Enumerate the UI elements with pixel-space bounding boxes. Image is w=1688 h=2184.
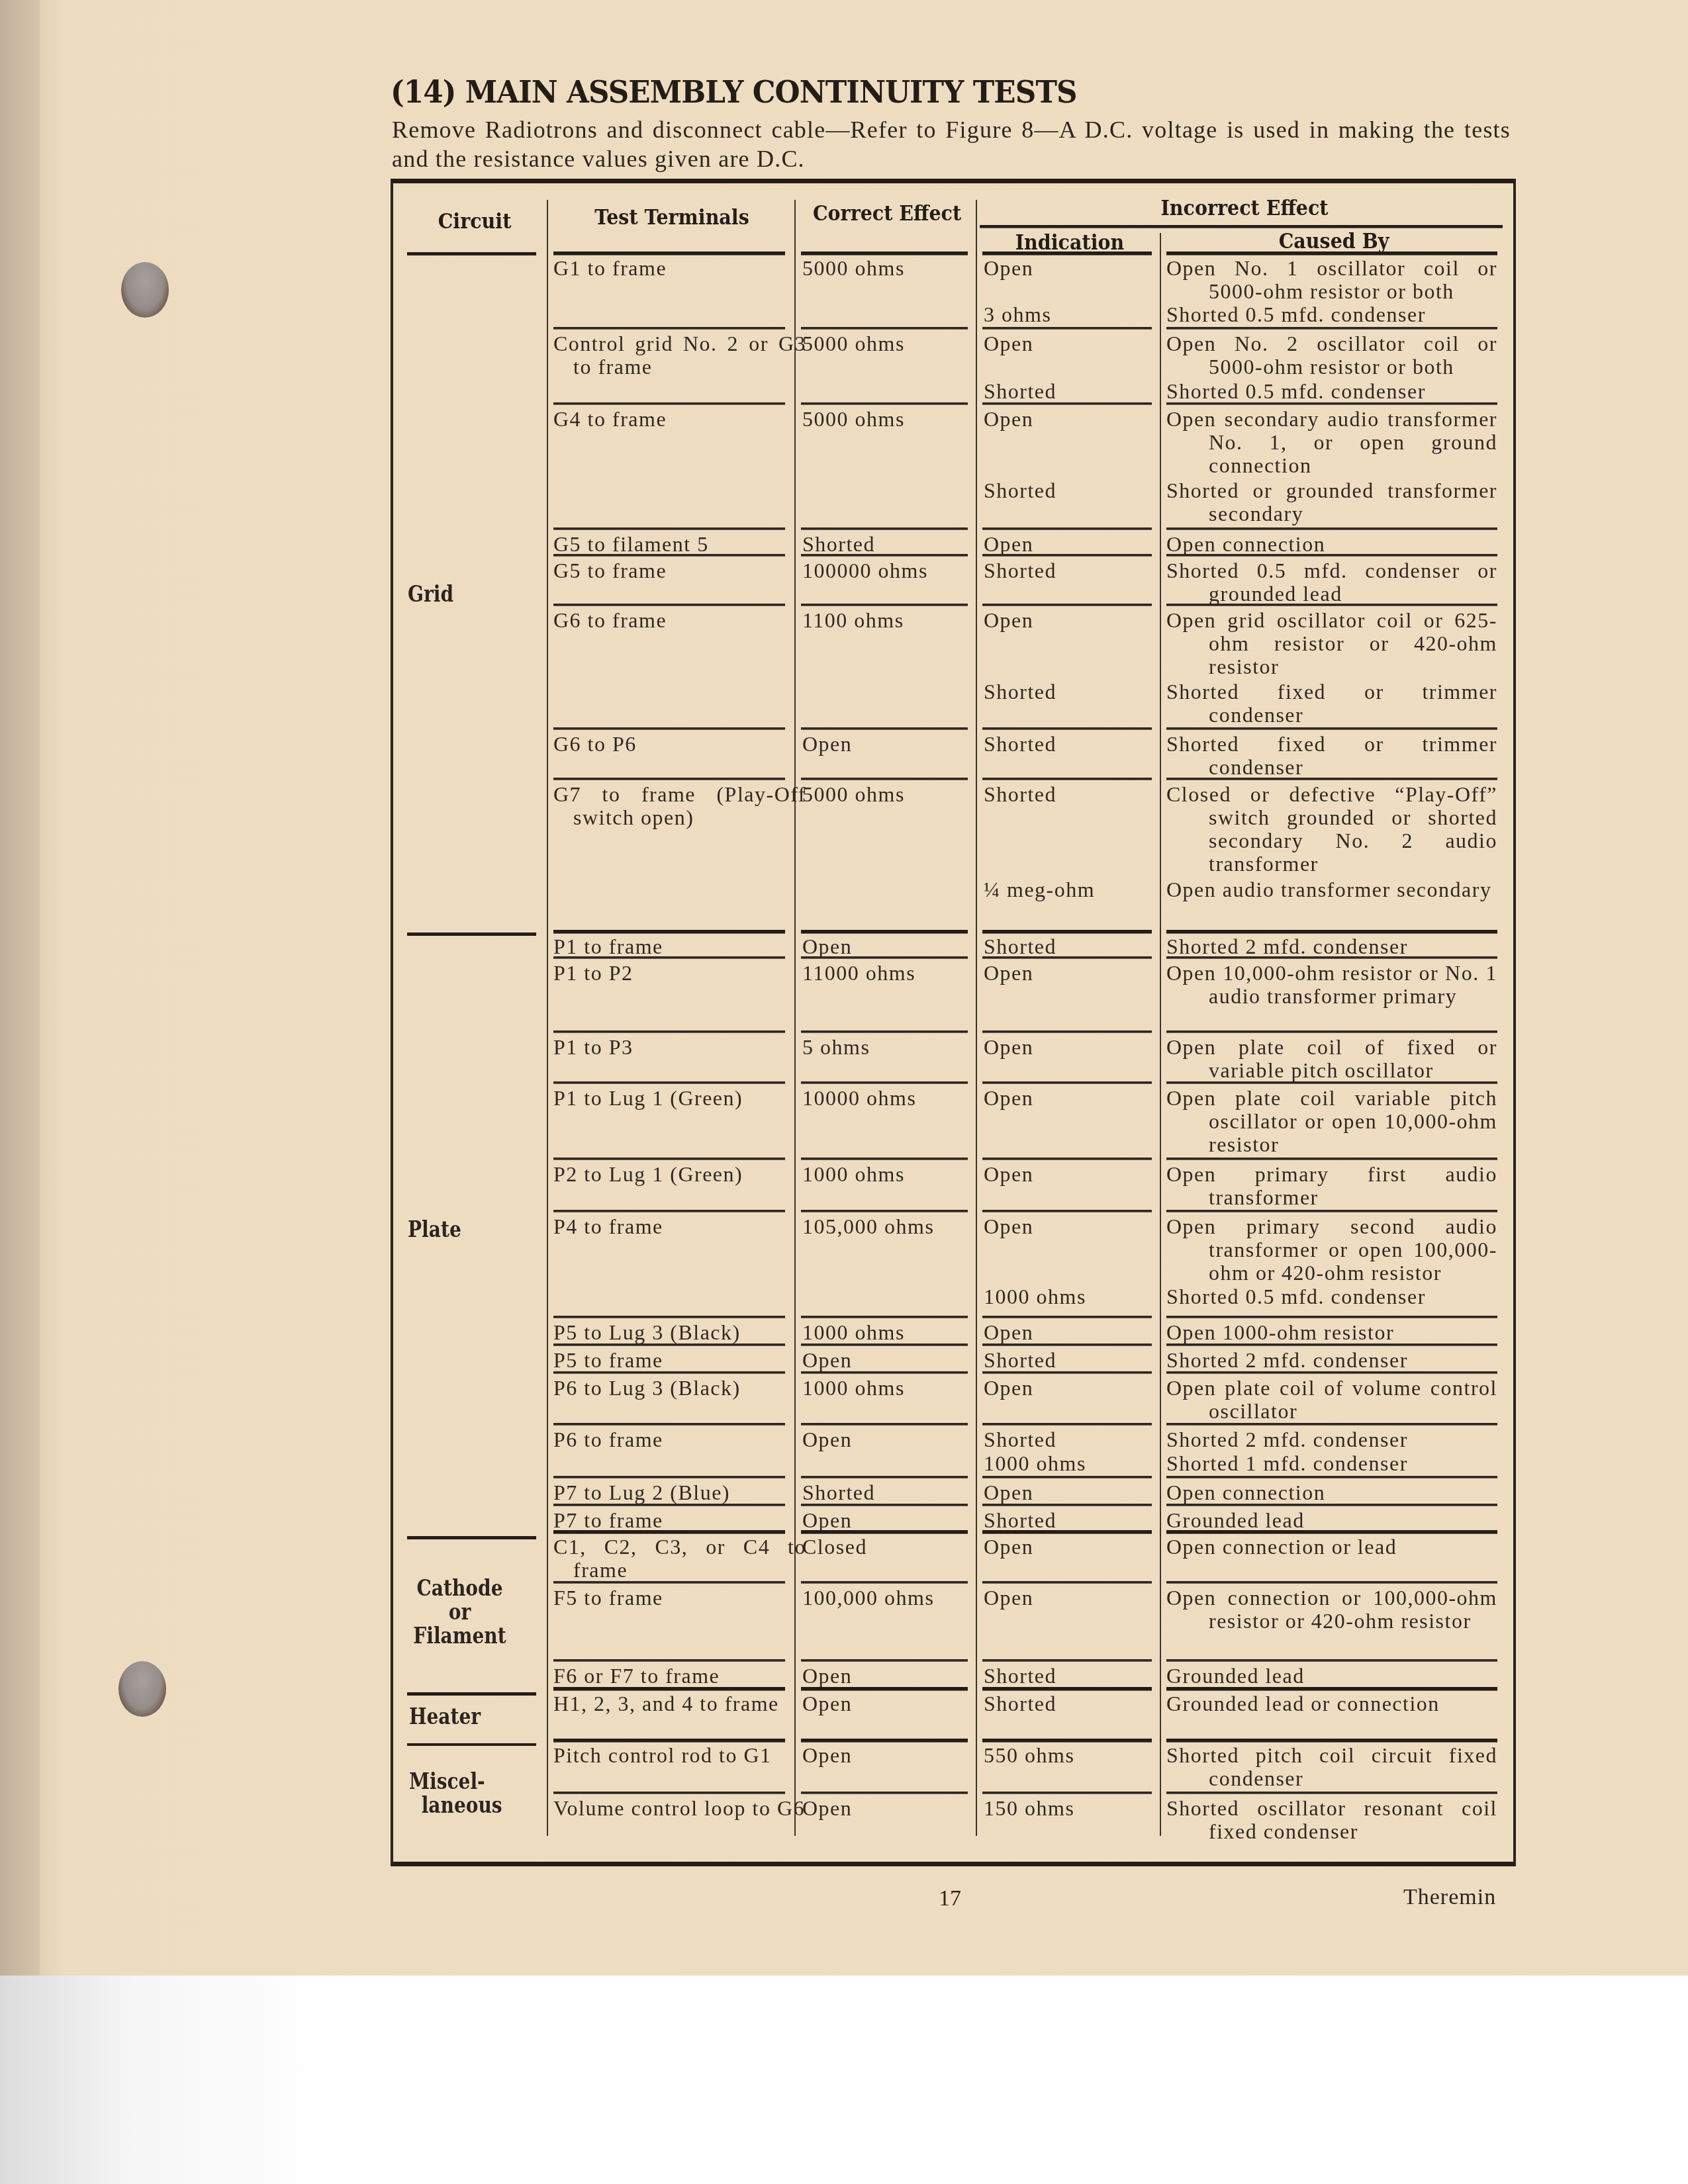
row-rule: [553, 1659, 785, 1662]
row-rule: [801, 1530, 968, 1534]
row-rule: [982, 1371, 1152, 1374]
indication: Open: [984, 1586, 1033, 1610]
test-terminals: P5 to frame: [553, 1349, 806, 1372]
header-indication: Indication: [987, 232, 1152, 254]
correct-effect: 100000 ohms: [802, 559, 928, 582]
row-rule: [1166, 1343, 1497, 1346]
test-terminals: G4 to frame: [553, 408, 806, 431]
row-rule: [553, 727, 785, 730]
header-correct-effect: Correct Effect: [808, 203, 966, 225]
row-rule: [1166, 604, 1497, 606]
indication: Shorted: [984, 733, 1056, 756]
row-rule: [1166, 554, 1497, 557]
row-rule: [1166, 1739, 1497, 1743]
row-rule: [801, 251, 968, 255]
row-rule: [982, 604, 1152, 606]
test-terminals: H1, 2, 3, and 4 to frame: [553, 1692, 806, 1715]
row-rule: [553, 1530, 785, 1534]
correct-effect: 5000 ohms: [802, 332, 905, 355]
caused-by: Open No. 1 oscillator coil or 5000-ohm r…: [1166, 257, 1497, 303]
correct-effect: Shorted: [802, 533, 875, 556]
caused-by: Open connection: [1166, 1481, 1497, 1504]
test-terminals: Pitch control rod to G1: [553, 1744, 806, 1767]
row-rule: [801, 1210, 968, 1212]
correct-effect: 100,000 ohms: [802, 1586, 934, 1610]
row-rule: [801, 527, 968, 530]
correct-effect: 5 ohms: [802, 1036, 870, 1059]
indication: Open: [984, 1087, 1033, 1110]
caused-by: Open connection or 100,000-ohm resistor …: [1166, 1586, 1497, 1633]
indication: Open: [984, 1481, 1033, 1504]
test-terminals: P4 to frame: [553, 1215, 806, 1238]
row-rule: [553, 1476, 785, 1479]
row-rule: [553, 1371, 785, 1374]
row-rule: [982, 1792, 1152, 1794]
circuit-plate: Plate: [408, 1218, 461, 1242]
header-incorrect-effect: Incorrect Effect: [1001, 197, 1488, 220]
caused-by: Grounded lead: [1166, 1664, 1497, 1688]
circuit-rule: [407, 1536, 536, 1539]
header-test-terminals: Test Terminals: [559, 206, 784, 229]
row-rule: [1166, 402, 1497, 405]
indication: Open: [984, 1321, 1033, 1344]
circuit-rule: [407, 1743, 536, 1746]
row-rule: [553, 251, 785, 255]
row-rule: [982, 1504, 1152, 1506]
row-rule: [801, 1158, 968, 1160]
correct-effect: 5000 ohms: [802, 783, 905, 806]
caused-by: Open connection or lead: [1166, 1535, 1497, 1559]
indication: Shorted: [984, 783, 1056, 806]
row-rule: [982, 1343, 1152, 1346]
row-rule: [553, 930, 785, 934]
row-rule: [801, 930, 968, 934]
caused-by: Shorted 2 mfd. condenser: [1166, 1349, 1497, 1372]
row-rule: [982, 1530, 1152, 1534]
indication: Shorted: [984, 559, 1056, 582]
row-rule: [801, 956, 968, 959]
row-rule: [1166, 1316, 1497, 1318]
indication: Open: [984, 533, 1033, 556]
indication: Shorted: [984, 1349, 1056, 1372]
row-rule: [553, 604, 785, 606]
test-terminals: P2 to Lug 1 (Green): [553, 1163, 806, 1186]
row-rule: [553, 1316, 785, 1318]
caused-by: Open 1000-ohm resistor: [1166, 1321, 1497, 1344]
correct-effect: Open: [802, 1797, 852, 1820]
test-terminals: P1 to P3: [553, 1036, 806, 1059]
correct-effect: 5000 ohms: [802, 408, 905, 431]
row-rule: [982, 1423, 1152, 1426]
row-rule: [982, 527, 1152, 530]
row-rule: [982, 778, 1152, 780]
column-divider: [547, 200, 548, 1836]
row-rule: [1166, 956, 1497, 959]
indication: Shorted: [984, 479, 1056, 502]
row-rule: [1166, 727, 1497, 730]
correct-effect: 5000 ohms: [802, 257, 905, 280]
row-rule: [1166, 527, 1497, 530]
row-rule: [553, 402, 785, 405]
row-rule: [553, 1081, 785, 1084]
column-divider: [1160, 233, 1161, 1836]
row-rule: [982, 251, 1152, 255]
row-rule: [553, 327, 785, 330]
row-rule: [553, 1343, 785, 1346]
page-number: 17: [939, 1886, 961, 1911]
row-rule: [982, 1476, 1152, 1479]
test-terminals: C1, C2, C3, or C4 to frame: [553, 1535, 806, 1582]
row-rule: [801, 778, 968, 780]
section-title: (14) MAIN ASSEMBLY CONTINUITY TESTS: [391, 74, 1077, 111]
caused-by: Shorted 0.5 mfd. condenser: [1166, 1285, 1497, 1308]
circuit-rule: [407, 252, 536, 255]
row-rule: [1166, 1530, 1497, 1534]
row-rule: [801, 1316, 968, 1318]
row-rule: [1166, 1687, 1497, 1691]
indication: Shorted: [984, 1692, 1056, 1715]
test-terminals: P5 to Lug 3 (Black): [553, 1321, 806, 1344]
indication: Shorted: [984, 1509, 1056, 1532]
test-terminals: P6 to frame: [553, 1428, 806, 1451]
row-rule: [1166, 1659, 1497, 1662]
indication: Open: [984, 1377, 1033, 1400]
row-rule: [801, 1792, 968, 1794]
scanner-background: [0, 1976, 1688, 2184]
correct-effect: Open: [802, 733, 852, 756]
test-terminals: P1 to frame: [553, 935, 806, 958]
row-rule: [553, 527, 785, 530]
row-rule: [982, 1316, 1152, 1318]
correct-effect: Closed: [802, 1535, 867, 1559]
correct-effect: 105,000 ohms: [802, 1215, 934, 1238]
caused-by: Open secondary audio transformer No. 1, …: [1166, 408, 1497, 477]
row-rule: [553, 1581, 785, 1584]
caused-by: Shorted 1 mfd. condenser: [1166, 1452, 1497, 1475]
row-rule: [982, 1581, 1152, 1584]
row-rule: [801, 402, 968, 405]
row-rule: [1166, 1210, 1497, 1212]
caused-by: Open audio transformer secondary: [1166, 878, 1497, 901]
test-terminals: Control grid No. 2 or G3 to frame: [553, 332, 806, 379]
indication: Open: [984, 332, 1033, 355]
punch-hole-icon: [118, 1661, 166, 1717]
row-rule: [982, 956, 1152, 959]
correct-effect: 1000 ohms: [802, 1163, 905, 1186]
row-rule: [801, 1581, 968, 1584]
row-rule: [553, 1792, 785, 1794]
correct-effect: Shorted: [802, 1481, 875, 1504]
row-rule: [1166, 1081, 1497, 1084]
caused-by: Shorted 2 mfd. condenser: [1166, 1428, 1497, 1451]
publication-name: Theremin: [1403, 1885, 1496, 1910]
row-rule: [801, 604, 968, 606]
caused-by: Open No. 2 oscillator coil or 5000-ohm r…: [1166, 332, 1497, 379]
caused-by: Shorted 0.5 mfd. condenser: [1166, 380, 1497, 403]
indication: 1000 ohms: [984, 1285, 1086, 1308]
row-rule: [801, 1739, 968, 1743]
row-rule: [801, 1659, 968, 1662]
row-rule: [553, 956, 785, 959]
caused-by: Closed or defective “Play-Off” switch gr…: [1166, 783, 1497, 876]
circuit-miscellaneous: Miscel- laneous: [409, 1770, 510, 1817]
correct-effect: 10000 ohms: [802, 1087, 916, 1110]
caused-by: Shorted 2 mfd. condenser: [1166, 935, 1497, 958]
caused-by: Shorted pitch coil circuit fixed condens…: [1166, 1744, 1497, 1790]
caused-by: Shorted fixed or trimmer condenser: [1166, 733, 1497, 779]
row-rule: [1166, 1581, 1497, 1584]
row-rule: [982, 930, 1152, 934]
correct-effect: 1000 ohms: [802, 1377, 905, 1400]
row-rule: [982, 1210, 1152, 1212]
correct-effect: Open: [802, 1664, 852, 1688]
circuit-grid: Grid: [408, 582, 453, 606]
indication: Open: [984, 609, 1033, 632]
row-rule: [982, 1659, 1152, 1662]
caused-by: Shorted fixed or trimmer condenser: [1166, 680, 1497, 727]
indication: Shorted: [984, 935, 1056, 958]
row-rule: [1166, 1792, 1497, 1794]
row-rule: [982, 554, 1152, 557]
header-rule: [980, 225, 1503, 228]
row-rule: [801, 1343, 968, 1346]
row-rule: [982, 402, 1152, 405]
test-terminals: P1 to Lug 1 (Green): [553, 1087, 806, 1110]
header-circuit: Circuit: [410, 210, 538, 233]
intro-paragraph: Remove Radiotrons and disconnect cable—R…: [392, 115, 1511, 173]
punch-hole-icon: [121, 262, 169, 318]
caused-by: Shorted oscillator resonant coil fixed c…: [1166, 1797, 1497, 1843]
test-terminals: G1 to frame: [553, 257, 806, 280]
row-rule: [553, 1030, 785, 1033]
row-rule: [801, 327, 968, 330]
row-rule: [553, 1687, 785, 1691]
caused-by: Open primary second audio transformer or…: [1166, 1215, 1497, 1285]
correct-effect: Open: [802, 1692, 852, 1715]
row-rule: [801, 1476, 968, 1479]
correct-effect: Open: [802, 1509, 852, 1532]
row-rule: [553, 1423, 785, 1426]
indication: 550 ohms: [984, 1744, 1074, 1767]
circuit-cathode: Cathode or Filament: [409, 1576, 510, 1648]
caused-by: Open 10,000-ohm resistor or No. 1 audio …: [1166, 962, 1497, 1008]
row-rule: [801, 1030, 968, 1033]
row-rule: [982, 1739, 1152, 1743]
row-rule: [801, 554, 968, 557]
caused-by: Grounded lead or connection: [1166, 1692, 1497, 1715]
test-terminals: P7 to frame: [553, 1509, 806, 1532]
test-terminals: G6 to P6: [553, 733, 806, 756]
row-rule: [1166, 251, 1497, 255]
indication: Open: [984, 1535, 1033, 1559]
row-rule: [1166, 1476, 1497, 1479]
row-rule: [1166, 1371, 1497, 1374]
caused-by: Open primary first audio transformer: [1166, 1163, 1497, 1209]
test-terminals: F6 or F7 to frame: [553, 1664, 806, 1688]
row-rule: [982, 1030, 1152, 1033]
header-caused-by: Caused By: [1178, 230, 1489, 253]
indication: Open: [984, 257, 1033, 280]
row-rule: [1166, 1158, 1497, 1160]
caused-by: Open connection: [1166, 533, 1497, 556]
column-divider: [976, 200, 977, 1836]
indication: Open: [984, 1215, 1033, 1238]
indication: 1000 ohms: [984, 1452, 1086, 1475]
row-rule: [982, 327, 1152, 330]
row-rule: [801, 1423, 968, 1426]
caused-by: Open plate coil variable pitch oscillato…: [1166, 1087, 1497, 1156]
correct-effect: Open: [802, 935, 852, 958]
row-rule: [553, 778, 785, 780]
row-rule: [1166, 1423, 1497, 1426]
test-terminals: F5 to frame: [553, 1586, 806, 1610]
indication: ¼ meg-ohm: [984, 878, 1095, 901]
correct-effect: 11000 ohms: [802, 962, 915, 985]
indication: Shorted: [984, 1664, 1056, 1688]
row-rule: [801, 1371, 968, 1374]
row-rule: [982, 1081, 1152, 1084]
indication: 150 ohms: [984, 1797, 1074, 1820]
test-terminals: G6 to frame: [553, 609, 806, 632]
row-rule: [801, 1081, 968, 1084]
row-rule: [801, 727, 968, 730]
row-rule: [553, 1739, 785, 1743]
row-rule: [982, 1687, 1152, 1691]
test-terminals: P6 to Lug 3 (Black): [553, 1377, 806, 1400]
row-rule: [1166, 1030, 1497, 1033]
correct-effect: 1000 ohms: [802, 1321, 905, 1344]
correct-effect: Open: [802, 1744, 852, 1767]
row-rule: [553, 1504, 785, 1506]
row-rule: [1166, 1504, 1497, 1506]
row-rule: [801, 1504, 968, 1506]
page-binding-shadow: [0, 0, 40, 1976]
row-rule: [982, 727, 1152, 730]
row-rule: [1166, 778, 1497, 780]
row-rule: [553, 1210, 785, 1212]
caused-by: Shorted or grounded transformer secondar…: [1166, 479, 1497, 525]
test-terminals: G5 to filament 5: [553, 533, 806, 556]
circuit-rule: [407, 933, 536, 936]
caused-by: Open plate coil of volume control oscill…: [1166, 1377, 1497, 1423]
indication: 3 ohms: [984, 303, 1051, 326]
circuit-rule: [407, 1692, 536, 1696]
indication: Shorted: [984, 1428, 1056, 1451]
caused-by: Shorted 0.5 mfd. condenser: [1166, 303, 1497, 326]
indication: Open: [984, 408, 1033, 431]
correct-effect: Open: [802, 1349, 852, 1372]
indication: Open: [984, 1036, 1033, 1059]
indication: Open: [984, 1163, 1033, 1186]
test-terminals: G5 to frame: [553, 559, 806, 582]
test-terminals: G7 to frame (Play-Off switch open): [553, 783, 806, 829]
caused-by: Grounded lead: [1166, 1509, 1497, 1532]
test-terminals: P7 to Lug 2 (Blue): [553, 1481, 806, 1504]
row-rule: [553, 1158, 785, 1160]
row-rule: [801, 1687, 968, 1691]
correct-effect: Open: [802, 1428, 852, 1451]
row-rule: [1166, 327, 1497, 330]
caused-by: Open plate coil of fixed or variable pit…: [1166, 1036, 1497, 1082]
row-rule: [553, 554, 785, 557]
indication: Shorted: [984, 380, 1056, 403]
test-terminals: Volume control loop to G6: [553, 1797, 806, 1820]
indication: Shorted: [984, 680, 1056, 704]
test-terminals: P1 to P2: [553, 962, 806, 985]
correct-effect: 1100 ohms: [802, 609, 904, 632]
row-rule: [982, 1158, 1152, 1160]
indication: Open: [984, 962, 1033, 985]
circuit-heater: Heater: [409, 1705, 481, 1729]
caused-by: Shorted 0.5 mfd. condenser or grounded l…: [1166, 559, 1497, 606]
row-rule: [1166, 930, 1497, 934]
caused-by: Open grid oscillator coil or 625-ohm res…: [1166, 609, 1497, 678]
